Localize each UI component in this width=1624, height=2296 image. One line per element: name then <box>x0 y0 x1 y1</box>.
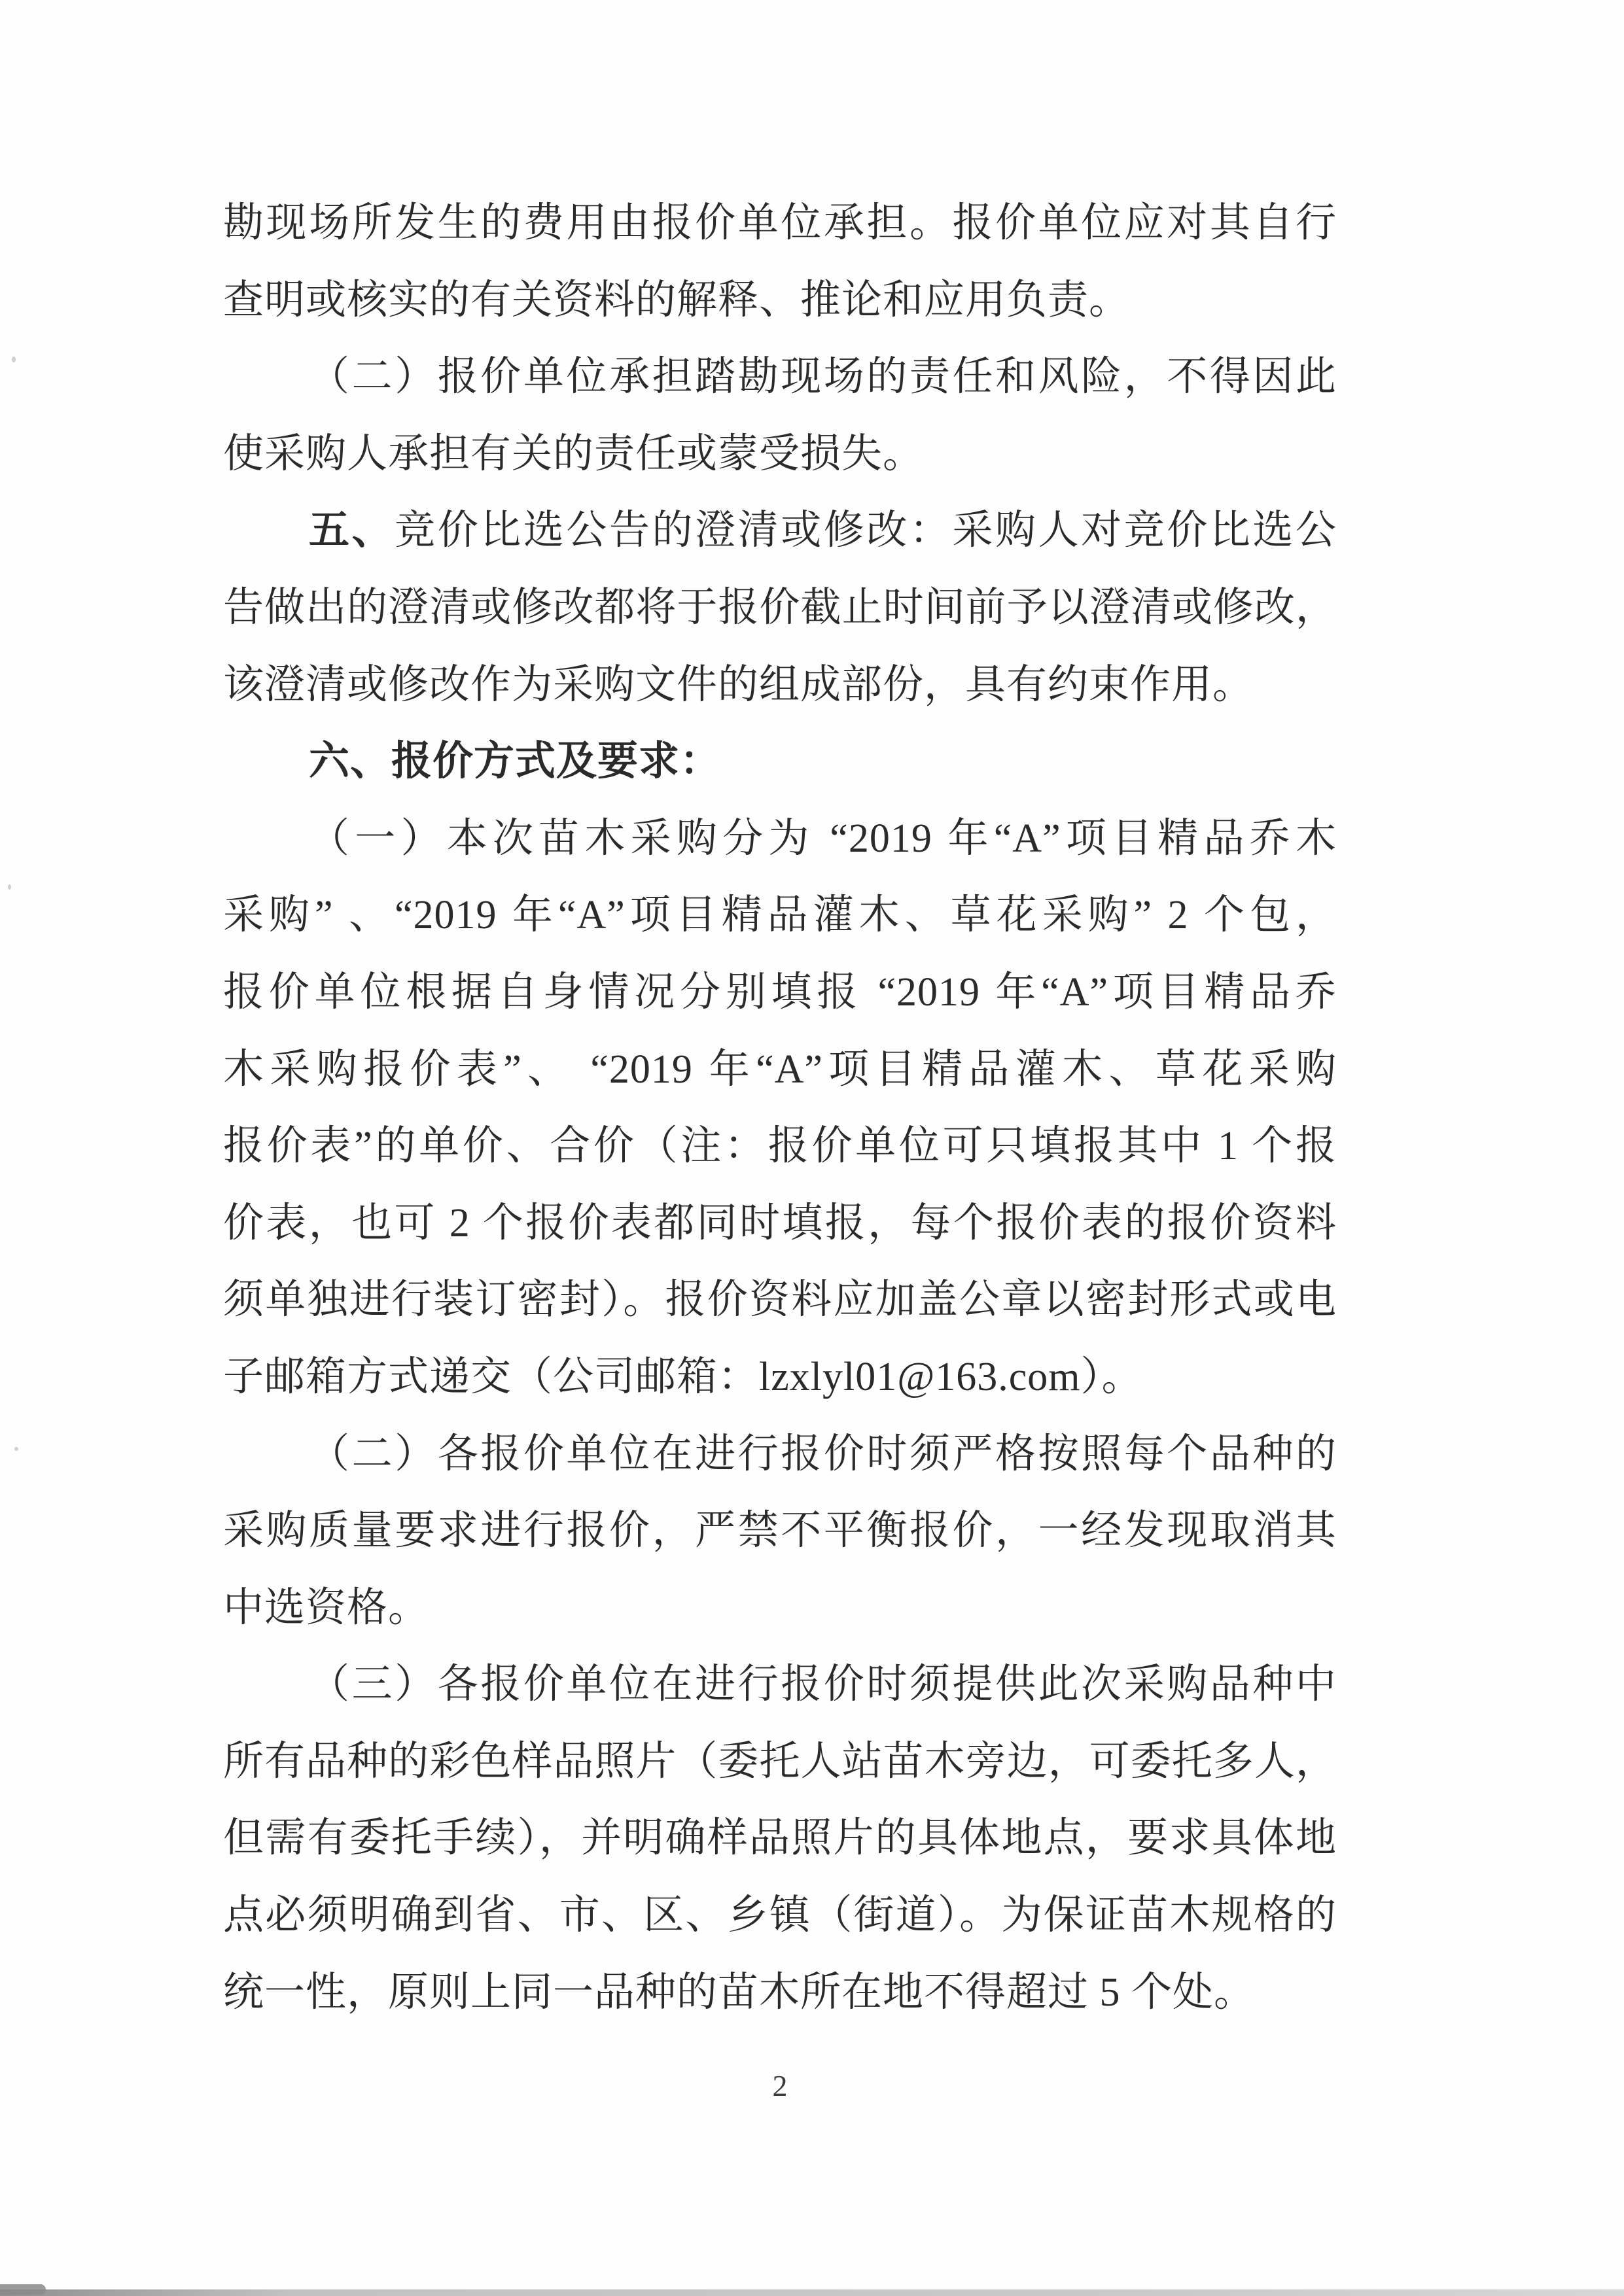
line-text: （二）报价单位承担踏勘现场的责任和风险，不得因此 <box>309 355 1337 399</box>
text-line: 报价表”的单价、合价（注：报价单位可只填报其中 1 个报 <box>223 1108 1337 1185</box>
text-line: 中选资格。 <box>223 1570 1337 1647</box>
document-page: 勘现场所发生的费用由报价单位承担。报价单位应对其自行 查明或核实的有关资料的解释… <box>0 0 1624 2296</box>
line-text: 勘现场所发生的费用由报价单位承担。报价单位应对其自行 <box>223 201 1337 245</box>
line-text: 使采购人承担有关的责任或蒙受损失。 <box>223 432 924 476</box>
line-text: 须单独进行装订密封）。报价资料应加盖公章以密封形式或电 <box>223 1278 1337 1322</box>
text-line: 但需有委托手续），并明确样品照片的具体地点，要求具体地 <box>223 1800 1337 1877</box>
line-text: 竞价比选公告的澄清或修改：采购人对竞价比选公 <box>395 508 1337 553</box>
line-text: 所有品种的彩色样品照片（委托人站苗木旁边，可委托多人， <box>223 1739 1337 1784</box>
line-text: 点必须明确到省、市、区、乡镇（街道）。为保证苗木规格的 <box>223 1893 1337 1938</box>
text-line: （一）本次苗木采购分为 “2019 年“A”项目精品乔木 <box>223 801 1337 878</box>
line-text: 采购” 、“2019 年“A”项目精品灌木、草花采购” 2 个包， <box>223 893 1337 937</box>
line-text: 报价表”的单价、合价（注：报价单位可只填报其中 1 个报 <box>223 1124 1337 1168</box>
line-text: 告做出的澄清或修改都将于报价截止时间前予以澄清或修改， <box>223 585 1337 630</box>
line-text: （三）各报价单位在进行报价时须提供此次采购品种中 <box>309 1662 1337 1707</box>
section-heading-number: 五、 <box>309 508 395 553</box>
text-line: 五、竞价比选公告的澄清或修改：采购人对竞价比选公 <box>223 493 1337 570</box>
line-text: 木采购报价表”、 “2019 年“A”项目精品灌木、草花采购 <box>223 1047 1337 1092</box>
text-line: （二）报价单位承担踏勘现场的责任和风险，不得因此 <box>223 339 1337 416</box>
text-line: 查明或核实的有关资料的解释、推论和应用负责。 <box>223 262 1337 339</box>
line-text: 采购质量要求进行报价，严禁不平衡报价，一经发现取消其 <box>223 1508 1337 1553</box>
text-line: （三）各报价单位在进行报价时须提供此次采购品种中 <box>223 1646 1337 1724</box>
text-line: 勘现场所发生的费用由报价单位承担。报价单位应对其自行 <box>223 185 1337 262</box>
text-line: 子邮箱方式递交（公司邮箱：lzxlyl01@163.com）。 <box>223 1339 1337 1416</box>
text-line: 点必须明确到省、市、区、乡镇（街道）。为保证苗木规格的 <box>223 1877 1337 1955</box>
line-text: 查明或核实的有关资料的解释、推论和应用负责。 <box>223 278 1130 322</box>
text-line: 所有品种的彩色样品照片（委托人站苗木旁边，可委托多人， <box>223 1724 1337 1801</box>
text-line: （二）各报价单位在进行报价时须严格按照每个品种的 <box>223 1416 1337 1493</box>
line-text: 子邮箱方式递交（公司邮箱：lzxlyl01@163.com）。 <box>223 1355 1143 1399</box>
line-text: 报价单位根据自身情况分别填报 “2019 年“A”项目精品乔 <box>223 970 1337 1015</box>
text-line: 统一性，原则上同一品种的苗木所在地不得超过 5 个处。 <box>223 1955 1337 2032</box>
text-line: 木采购报价表”、 “2019 年“A”项目精品灌木、草花采购 <box>223 1032 1337 1109</box>
scan-speck <box>12 357 16 362</box>
line-text: （二）各报价单位在进行报价时须严格按照每个品种的 <box>309 1432 1337 1476</box>
scan-speck <box>14 1447 18 1451</box>
text-line: 该澄清或修改作为采购文件的组成部份，具有约束作用。 <box>223 647 1337 724</box>
text-line: 采购” 、“2019 年“A”项目精品灌木、草花采购” 2 个包， <box>223 877 1337 954</box>
text-line: 须单独进行装订密封）。报价资料应加盖公章以密封形式或电 <box>223 1262 1337 1339</box>
page-number: 2 <box>223 2068 1337 2103</box>
scan-edge <box>0 2289 1624 2296</box>
line-text: 但需有委托手续），并明确样品照片的具体地点，要求具体地 <box>223 1816 1337 1860</box>
section-heading: 六、报价方式及要求： <box>223 723 1337 801</box>
text-line: 报价单位根据自身情况分别填报 “2019 年“A”项目精品乔 <box>223 954 1337 1032</box>
line-text: 中选资格。 <box>223 1586 429 1630</box>
scan-corner-artifact <box>0 2284 46 2295</box>
line-text: 统一性，原则上同一品种的苗木所在地不得超过 5 个处。 <box>223 1970 1255 2015</box>
line-text: 该澄清或修改作为采购文件的组成部份，具有约束作用。 <box>223 663 1254 707</box>
text-line: 采购质量要求进行报价，严禁不平衡报价，一经发现取消其 <box>223 1493 1337 1570</box>
text-line: 告做出的澄清或修改都将于报价截止时间前予以澄清或修改， <box>223 570 1337 647</box>
line-text: 价表，也可 2 个报价表都同时填报，每个报价表的报价资料 <box>223 1201 1337 1245</box>
text-line: 使采购人承担有关的责任或蒙受损失。 <box>223 416 1337 493</box>
section-heading-text: 六、报价方式及要求： <box>309 739 721 784</box>
text-line: 价表，也可 2 个报价表都同时填报，每个报价表的报价资料 <box>223 1185 1337 1262</box>
line-text: （一）本次苗木采购分为 “2019 年“A”项目精品乔木 <box>309 816 1337 861</box>
document-text-block: 勘现场所发生的费用由报价单位承担。报价单位应对其自行 查明或核实的有关资料的解释… <box>223 185 1337 2031</box>
scan-speck <box>8 884 11 890</box>
